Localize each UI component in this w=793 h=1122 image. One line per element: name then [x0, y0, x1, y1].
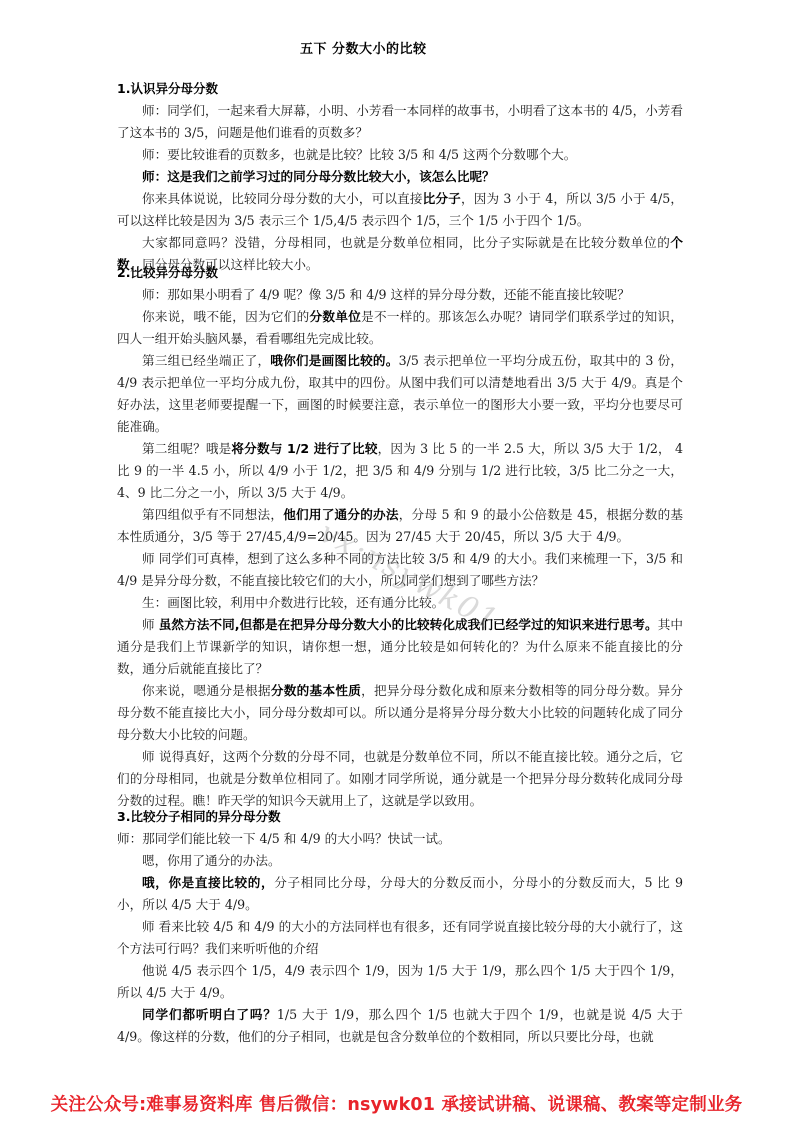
- text-run: 师 看来比较 4/5 和 4/9 的大小的方法同样也有很多，还有同学说直接比较分…: [117, 919, 683, 956]
- text-run: 你来具体说说，比较同分母分数的大小，可以直接: [142, 191, 423, 206]
- paragraph: 同学们都听明白了吗？1/5 大于 1/9，那么四个 1/5 也就大于四个 1/9…: [117, 1004, 683, 1048]
- paragraph: 师 同学们可真棒，想到了这么多种不同的方法比较 3/5 和 4/9 的大小。我们…: [117, 548, 683, 592]
- paragraph: 师 虽然方法不同,但都是在把异分母分数大小的比较转化成我们已经学过的知识来进行思…: [117, 614, 683, 680]
- text-run: 师：那同学们能比较一下 4/5 和 4/9 的大小吗？快试一试。: [117, 831, 451, 846]
- paragraph: 哦，你是直接比较的，分子相同比分母，分母大的分数反而小，分母小的分数反而大，5 …: [117, 872, 683, 916]
- paragraph: 师：要比较谁看的页数多，也就是比较？比较 3/5 和 4/5 这两个分数哪个大。: [117, 144, 683, 166]
- text-run: 师: [142, 617, 159, 632]
- text-run: 他说 4/5 表示四个 1/5，4/9 表示四个 1/9，因为 1/5 大于 1…: [117, 963, 683, 1000]
- bold-text: 分数单位: [310, 309, 362, 324]
- paragraph: 师：同学们，一起来看大屏幕，小明、小芳看一本同样的故事书，小明看了这本书的 4/…: [117, 100, 683, 144]
- paragraph: 第二组呢？哦是将分数与 1/2 进行了比较，因为 3 比 5 的一半 2.5 大…: [117, 438, 683, 504]
- document-title: 五下 分数大小的比较: [300, 38, 427, 57]
- paragraph: 师 说得真好，这两个分数的分母不同，也就是分数单位不同，所以不能直接比较。通分之…: [117, 746, 683, 812]
- bold-text: 他们用了通分的办法: [283, 507, 399, 522]
- bold-text: 师：这是我们之前学习过的同分母分数比较大小，该怎么比呢？: [142, 169, 495, 184]
- paragraph: 你来说，哦不能，因为它们的分数单位是不一样的。那该怎么办呢？请同学们联系学过的知…: [117, 306, 683, 350]
- text-run: 师：同学们，一起来看大屏幕，小明、小芳看一本同样的故事书，小明看了这本书的 4/…: [117, 103, 683, 140]
- paragraph: 师：那如果小明看了 4/9 呢？像 3/5 和 4/9 这样的异分母分数，还能不…: [117, 284, 683, 306]
- bold-text: 将分数与 1/2 进行了比较: [231, 441, 377, 456]
- text-run: 师：要比较谁看的页数多，也就是比较？比较 3/5 和 4/5 这两个分数哪个大。: [142, 147, 576, 162]
- text-run: 大家都同意吗？没错，分母相同，也就是分数单位相同，比分子实际就是在比较分数单位的: [142, 235, 670, 250]
- text-run: 你来说，哦不能，因为它们的: [142, 309, 310, 324]
- paragraph: 第四组似乎有不同想法，他们用了通分的办法，分母 5 和 9 的最小公倍数是 45…: [117, 504, 683, 548]
- text-run: 师 说得真好，这两个分数的分母不同，也就是分数单位不同，所以不能直接比较。通分之…: [117, 749, 683, 808]
- paragraph: 生：画图比较，利用中介数进行比较，还有通分比较。: [117, 592, 683, 614]
- footer-banner: 关注公众号:难事易资料库 售后微信：nsywk01 承接试讲稿、说课稿、教案等定…: [0, 1091, 793, 1116]
- bold-text: 虽然方法不同,但都是在把异分母分数大小的比较转化成我们已经学过的知识来进行思考。: [159, 617, 658, 632]
- paragraph: 师：这是我们之前学习过的同分母分数比较大小，该怎么比呢？: [117, 166, 683, 188]
- paragraph: 第三组已经坐端正了，哦你们是画图比较的。3/5 表示把单位一平均分成五份，取其中…: [117, 350, 683, 438]
- text-run: 第四组似乎有不同想法，: [142, 507, 283, 522]
- section-2: 2.比较异分母分数师：那如果小明看了 4/9 呢？像 3/5 和 4/9 这样的…: [117, 262, 683, 812]
- section-heading: 3.比较分子相同的异分母分数: [117, 806, 683, 828]
- paragraph: 你来说，嗯通分是根据分数的基本性质，把异分母分数化成和原来分数相等的同分母分数。…: [117, 680, 683, 746]
- section-heading: 2.比较异分母分数: [117, 262, 683, 284]
- bold-text: 比分子: [423, 191, 461, 206]
- paragraph: 师：那同学们能比较一下 4/5 和 4/9 的大小吗？快试一试。: [117, 828, 683, 850]
- text-run: 你来说，嗯通分是根据: [142, 683, 271, 698]
- section-heading: 1.认识异分母分数: [117, 78, 683, 100]
- section-3: 3.比较分子相同的异分母分数师：那同学们能比较一下 4/5 和 4/9 的大小吗…: [117, 806, 683, 1048]
- text-run: 第二组呢？哦是: [142, 441, 231, 456]
- bold-text: 哦你们是画图比较的。: [270, 353, 398, 368]
- text-run: 第三组已经坐端正了，: [142, 353, 270, 368]
- bold-text: 同学们都听明白了吗？: [142, 1007, 277, 1022]
- bold-text: 哦，你是直接比较的，: [142, 875, 274, 890]
- section-1: 1.认识异分母分数师：同学们，一起来看大屏幕，小明、小芳看一本同样的故事书，小明…: [117, 78, 683, 276]
- bold-text: 分数的基本性质: [271, 683, 361, 698]
- text-run: 师 同学们可真棒，想到了这么多种不同的方法比较 3/5 和 4/9 的大小。我们…: [117, 551, 683, 588]
- paragraph: 师 看来比较 4/5 和 4/9 的大小的方法同样也有很多，还有同学说直接比较分…: [117, 916, 683, 960]
- text-run: 嗯，你用了通分的办法。: [142, 853, 281, 868]
- paragraph: 你来具体说说，比较同分母分数的大小，可以直接比分子，因为 3 小于 4，所以 3…: [117, 188, 683, 232]
- paragraph: 嗯，你用了通分的办法。: [117, 850, 683, 872]
- text-run: 生：画图比较，利用中介数进行比较，还有通分比较。: [142, 595, 444, 610]
- paragraph: 他说 4/5 表示四个 1/5，4/9 表示四个 1/9，因为 1/5 大于 1…: [117, 960, 683, 1004]
- text-run: 师：那如果小明看了 4/9 呢？像 3/5 和 4/9 这样的异分母分数，还能不…: [142, 287, 630, 302]
